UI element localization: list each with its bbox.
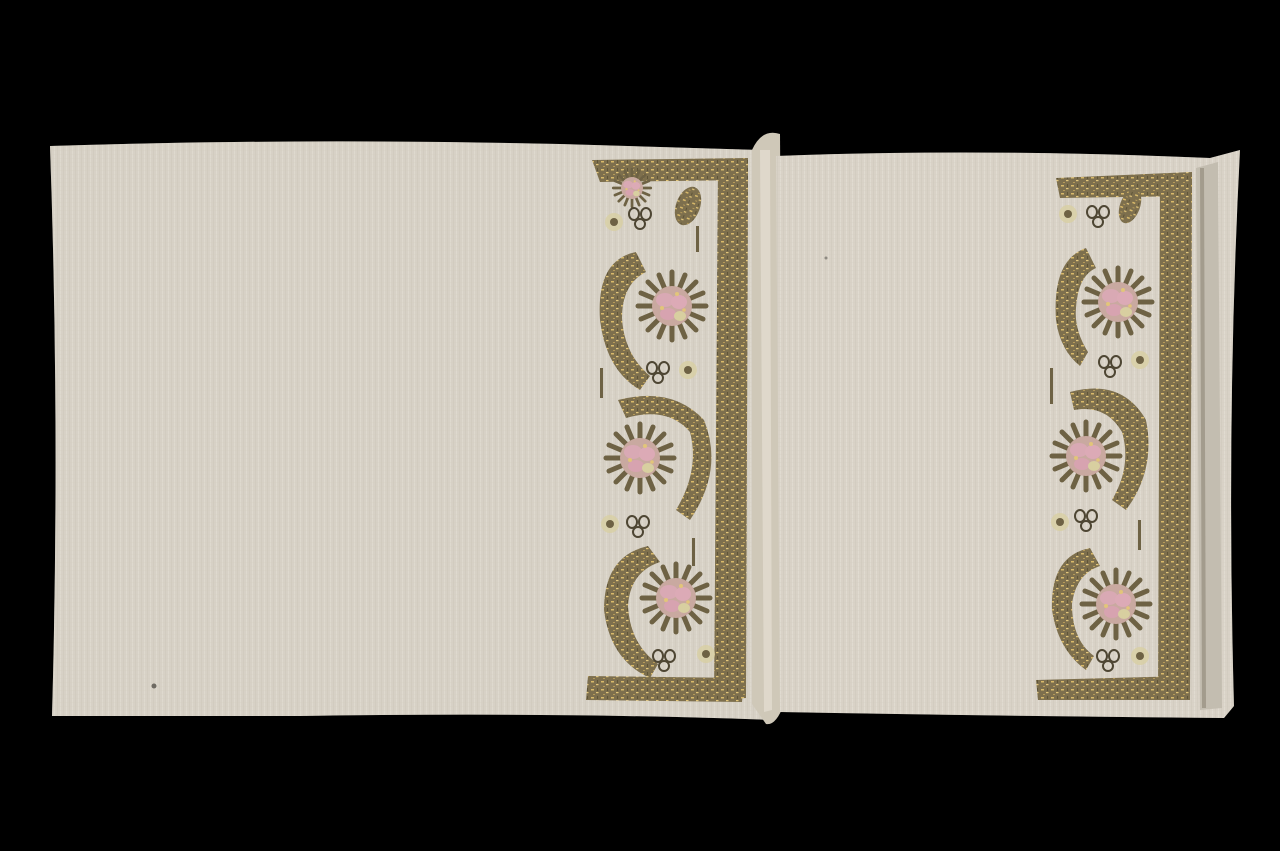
photo-scene bbox=[0, 0, 1280, 851]
textile-photo bbox=[0, 0, 1280, 851]
